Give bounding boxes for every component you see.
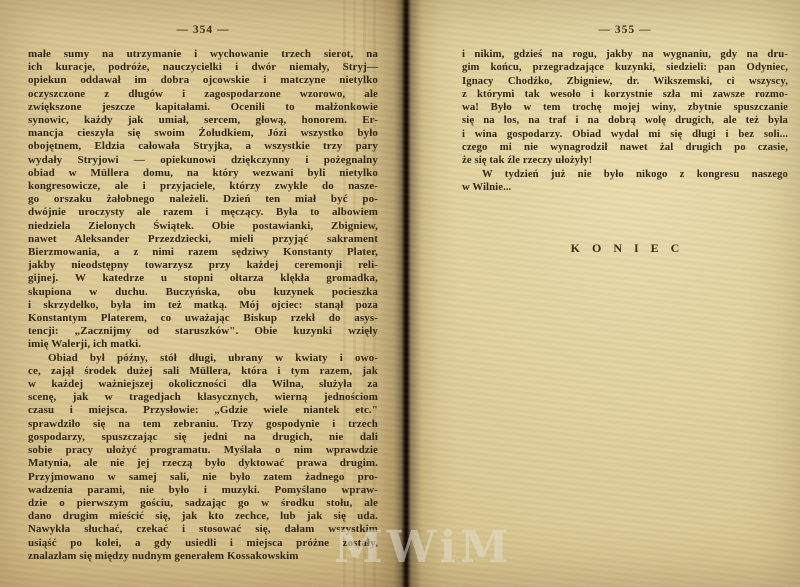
text-line: się na los, na traf i na dobrą wolę drug…: [462, 114, 788, 127]
text-line: oczyszczone z długów i zagospodarzone wz…: [28, 88, 378, 101]
text-line: i skrzydełko, była im też matką. Mój ojc…: [28, 299, 378, 312]
text-line: kongresowicze, ale i przyjaciele, którzy…: [28, 180, 378, 193]
text-line: W tydzień już nie było nikogo z kongresu…: [462, 168, 788, 181]
text-line: ich kuracje, podróże, nauczycielki i dwó…: [28, 61, 378, 74]
text-line: i wina gospodarzy. Obiad wydał mi się dł…: [462, 128, 788, 141]
text-line: synowic, każdy jak umiał, sercem, głową,…: [28, 114, 378, 127]
text-line: mancja cieszyła się swoim Żołudkiem, Józ…: [28, 127, 378, 140]
text-line: sobie pracy ułożyć programatu. Myślała o…: [28, 444, 378, 457]
text-line: w Wilnie...: [462, 181, 788, 194]
text-line: scenę, jak w tragedjach klasycznych, wie…: [28, 391, 378, 404]
text-line: wa! Było w tem trochę mojej winy, zbytni…: [462, 101, 788, 114]
koniec-label: KONIEC: [462, 242, 788, 255]
left-text-lines: małe sumy na utrzymanie i wychowanie trz…: [28, 48, 378, 563]
text-line: usiąść po kolei, a gdy usiedli i miejsca…: [28, 537, 378, 550]
text-line: Nawykła słuchać, czekać i stosować się, …: [28, 523, 378, 536]
text-line: gim końcu, przegradzające kuzynki, siedz…: [462, 61, 788, 74]
text-line: gospodarzy, spuszczając się jedni na dru…: [28, 431, 378, 444]
text-line: go orszaku żałobnego należeli. Dzień ten…: [28, 193, 378, 206]
text-line: opiekun oddawał im dobra ojcowskie i mat…: [28, 74, 378, 87]
text-line: czego mi nie wynagrodził nawet żal drugi…: [462, 141, 788, 154]
text-line: dano drugim mieścić się, jak kto zechce,…: [28, 510, 378, 523]
text-line: skupiona w duchu. Buczyńska, obu kuzynek…: [28, 286, 378, 299]
text-line: ce, zajął środek dużej sali Müllera, któ…: [28, 365, 378, 378]
text-line: znalazłam się między nudnym generałem Ko…: [28, 550, 378, 563]
text-line: sprawdziło się na tem zebraniu. Trzy gos…: [28, 418, 378, 431]
right-text-lines: i nikim, gdzieś na rogu, jakby na wygnan…: [462, 48, 788, 194]
text-line: że się tak źle rzeczy ułożyły!: [462, 154, 788, 167]
text-line: Obiad był późny, stół długi, ubrany w kw…: [28, 352, 378, 365]
text-line: Matynia, ale nie jej rzeczą było dyktowa…: [28, 457, 378, 470]
text-line: obojętnem, Eldzia całowała Stryjka, a ws…: [28, 140, 378, 153]
text-line: gijnej. W katedrze u stopni ołtarza klęk…: [28, 272, 378, 285]
text-line: Bierzmowania, a z nimi razem sędziwy Kon…: [28, 246, 378, 259]
text-line: czasu i miejsca. Przysłowie: „Gdzie wiel…: [28, 404, 378, 417]
text-line: jakby nieodstępny towarzysz przy każdej …: [28, 259, 378, 272]
text-line: w każdej ważniejszej okoliczności dla Wi…: [28, 378, 378, 391]
text-line: dwójnie uroczysty ale razem i męczący. B…: [28, 206, 378, 219]
text-line: dzie o pierwszym gościu, sadzając go w ś…: [28, 497, 378, 510]
text-line: Ignacy Chodźko, Zbigniew, dr. Wikszemski…: [462, 75, 788, 88]
text-line: wydały Stryjowi — opiekunowi dziękczynny…: [28, 154, 378, 167]
text-line: z którymi tak wesoło i korzystnie szła m…: [462, 88, 788, 101]
left-text-block: — 354 — małe sumy na utrzymanie i wychow…: [28, 24, 378, 563]
text-line: i nikim, gdzieś na rogu, jakby na wygnan…: [462, 48, 788, 61]
text-line: nawet Aleksander Przezdziecki, mieli prz…: [28, 233, 378, 246]
page-number-right: — 355 —: [462, 24, 788, 38]
page-number-left: — 354 —: [28, 24, 378, 38]
book-scan: — 354 — małe sumy na utrzymanie i wychow…: [0, 0, 800, 587]
text-line: Przyjmowano w samej sali, nie było zatem…: [28, 471, 378, 484]
text-line: wadzenia parami, nie było i muzyki. Pomy…: [28, 484, 378, 497]
text-line: tencji: „Zacznijmy od staruszków". Obie …: [28, 325, 378, 338]
text-line: Konstantym Platerem, co uważając Biskup …: [28, 312, 378, 325]
text-line: imię Walerji, ich matki.: [28, 338, 378, 351]
text-line: małe sumy na utrzymanie i wychowanie trz…: [28, 48, 378, 61]
text-line: obiad w Müllera domu, na który wezwani b…: [28, 167, 378, 180]
right-text-block: — 355 — i nikim, gdzieś na rogu, jakby n…: [462, 24, 788, 256]
text-line: niedziela Zielonych Świątek. Obie postaw…: [28, 220, 378, 233]
text-line: zwiększone jeszcze kapitałami. Ocenili t…: [28, 101, 378, 114]
